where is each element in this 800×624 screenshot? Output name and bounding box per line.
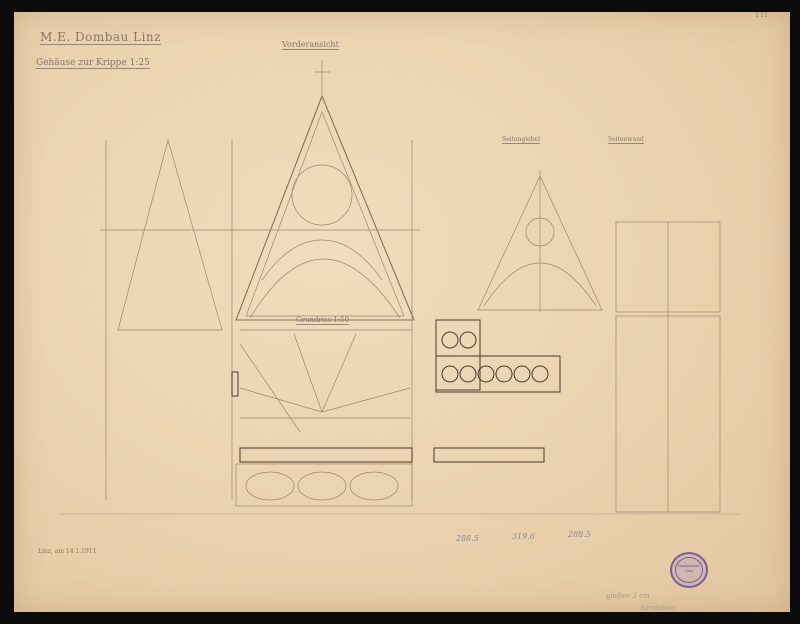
- measurement-3: 288.5: [568, 530, 591, 539]
- front-gable: [236, 96, 414, 320]
- corner-mark: I 11: [756, 12, 768, 19]
- railing-ornaments: [232, 320, 560, 462]
- side-gable-label: Seitengiebel: [502, 136, 540, 144]
- pencil-note-2: Sandstein: [640, 604, 675, 612]
- left-gable: [118, 140, 222, 330]
- measurement-2: 319.6: [512, 532, 535, 541]
- plan-label: Grundriss 1:50: [296, 316, 349, 325]
- front-view-label: Vorderansicht: [282, 40, 339, 50]
- sheet-title: M.E. Dombau Linz: [40, 30, 161, 45]
- sheet-subtitle: Gehäuse zur Krippe 1:25: [36, 58, 150, 69]
- measurement-1: 288.5: [456, 534, 479, 543]
- side-wall-label: Seitenwand: [608, 136, 644, 144]
- architectural-drawing: [0, 0, 800, 624]
- signature-date: Linz, am 14.1.1911: [38, 548, 96, 555]
- stamp-text: Dombauamt Linz: [675, 557, 703, 583]
- pencil-note-1: gießen 3 cm: [606, 592, 650, 600]
- archive-stamp: Dombauamt Linz: [670, 552, 708, 588]
